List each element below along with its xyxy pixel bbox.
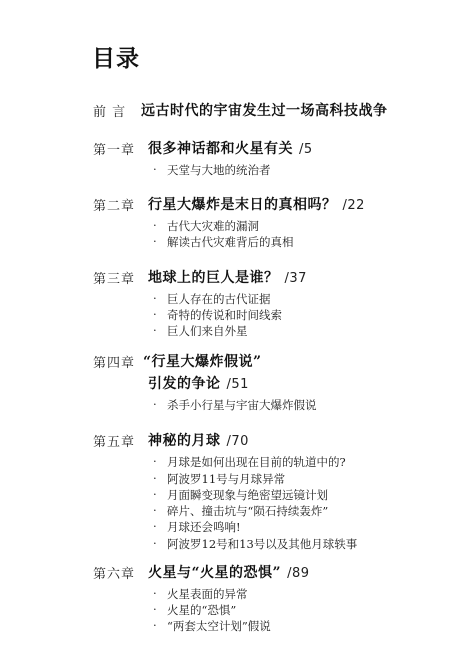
bullet-icon: · — [153, 503, 157, 517]
chapter-label: 第一章 — [93, 139, 135, 158]
section-title: 杀手小行星与宇宙大爆炸假说 — [167, 397, 317, 413]
section-title: 阿波罗11号与月球异常 — [167, 471, 285, 487]
chapter-title: 神秘的月球 — [148, 433, 221, 449]
chapter-heading: 行星大爆炸是末日的真相吗？/22 — [148, 194, 365, 214]
section-title: 阿波罗12号和13号以及其他月球轶事 — [167, 536, 357, 552]
bullet-icon: · — [153, 618, 157, 632]
chapter-heading: 神秘的月球/70 — [148, 430, 249, 450]
chapter-title: 地球上的巨人是谁？ — [148, 270, 279, 286]
section-title: 奇特的传说和时间线索 — [167, 307, 282, 323]
section-title: 月面瞬变现象与绝密望远镜计划 — [167, 487, 328, 503]
section-title: 火星表面的异常 — [167, 586, 248, 602]
bullet-icon: · — [153, 454, 157, 468]
page-title: 目录 — [92, 40, 140, 73]
chapter-label: 第二章 — [93, 195, 135, 214]
preface-title: 远古时代的宇宙发生过一场高科技战争 — [141, 100, 388, 120]
page-number: /89 — [287, 566, 309, 581]
chapter-title: 行星大爆炸是末日的真相吗？ — [148, 197, 337, 213]
section-title: 解读古代灾难背后的真相 — [167, 234, 294, 250]
chapter-title: “行星大爆炸假说” — [143, 351, 262, 371]
chapter-label: 第四章 — [93, 352, 135, 371]
bullet-icon: · — [153, 323, 157, 337]
bullet-icon: · — [153, 162, 157, 176]
chapter-label: 第五章 — [93, 431, 135, 450]
bullet-icon: · — [153, 519, 157, 533]
page-number: /22 — [343, 198, 365, 213]
page-number: /70 — [227, 434, 249, 449]
chapter-title-line2: 引发的争论 — [148, 376, 221, 392]
bullet-icon: · — [153, 602, 157, 616]
section-title: 月球是如何出现在目前的轨道中的? — [167, 454, 346, 470]
chapter-heading: 地球上的巨人是谁？/37 — [148, 267, 307, 287]
bullet-icon: · — [153, 397, 157, 411]
chapter-heading: 引发的争论/51 — [148, 373, 249, 393]
chapter-label: 第六章 — [93, 563, 135, 582]
section-title: 火星的“恐惧” — [167, 602, 236, 618]
page-number: /37 — [285, 271, 307, 286]
chapter-heading: 很多神话都和火星有关/5 — [148, 138, 313, 158]
page-number: /51 — [227, 377, 249, 392]
section-title: 月球还会鸣响! — [167, 519, 241, 535]
bullet-icon: · — [153, 234, 157, 248]
bullet-icon: · — [153, 586, 157, 600]
chapter-title: 很多神话都和火星有关 — [148, 141, 293, 157]
bullet-icon: · — [153, 471, 157, 485]
chapter-title: 火星与“火星的恐惧” — [148, 565, 281, 581]
page-number: /5 — [299, 142, 313, 157]
section-title: 古代大灾难的漏洞 — [167, 218, 259, 234]
section-title: 巨人们来自外星 — [167, 323, 248, 339]
section-title: 天堂与大地的统治者 — [167, 162, 271, 178]
chapter-heading: 火星与“火星的恐惧”/89 — [148, 562, 310, 582]
bullet-icon: · — [153, 307, 157, 321]
section-title: “两套太空计划”假说 — [167, 618, 271, 634]
section-title: 碎片、撞击坑与“陨石持续轰炸” — [167, 503, 328, 519]
preface-label: 前 言 — [93, 101, 126, 120]
section-title: 巨人存在的古代证据 — [167, 291, 271, 307]
chapter-label: 第三章 — [93, 268, 135, 287]
bullet-icon: · — [153, 218, 157, 232]
bullet-icon: · — [153, 536, 157, 550]
bullet-icon: · — [153, 291, 157, 305]
bullet-icon: · — [153, 487, 157, 501]
